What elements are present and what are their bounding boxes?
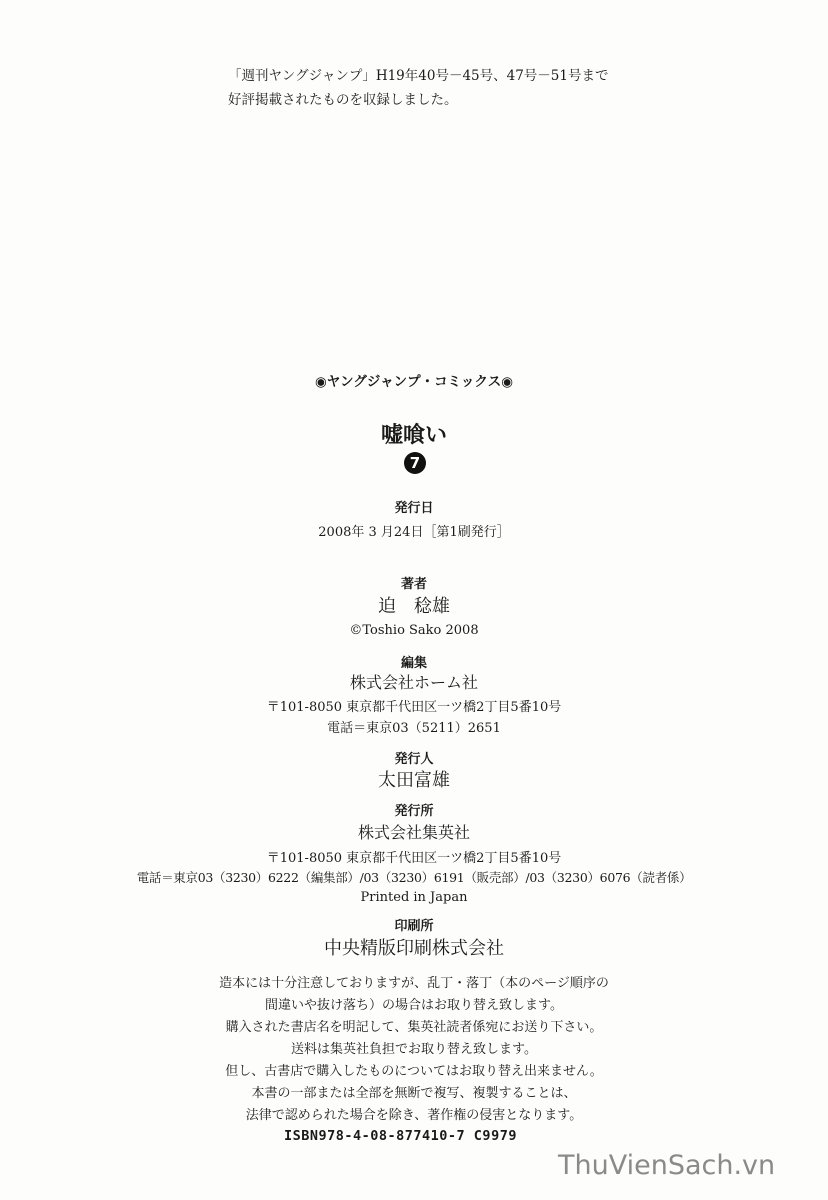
author-heading: 著者 xyxy=(0,573,828,592)
notice-line-3: 購入された書店名を明記して、集英社読者係宛にお送り下さい。 xyxy=(0,1016,828,1035)
publisher-person-name: 太田富雄 xyxy=(0,766,828,792)
notice-line-7: 法律で認められた場合を除き、著作権の侵害となります。 xyxy=(0,1104,828,1123)
author-name: 迫 稔雄 xyxy=(0,592,828,618)
volume-badge: 7 xyxy=(404,452,426,474)
printer-heading: 印刷所 xyxy=(0,915,828,934)
series-label: ◉ヤングジャンプ・コミックス◉ xyxy=(0,370,828,390)
publish-date-heading: 発行日 xyxy=(0,497,828,516)
publisher-company: 株式会社集英社 xyxy=(0,820,828,843)
notice-line-6: 本書の一部または全部を無断で複写、複製することは、 xyxy=(0,1082,828,1101)
printer-company: 中央精版印刷株式会社 xyxy=(0,934,828,960)
book-title: 嘘喰い xyxy=(0,418,828,449)
publisher-heading: 発行所 xyxy=(0,800,828,819)
isbn-code: ISBN978-4-08-877410-7 C9979 xyxy=(284,1128,517,1144)
author-copyright: ©Toshio Sako 2008 xyxy=(0,623,828,638)
editor-address: 〒101-8050 東京都千代田区一ツ橋2丁目5番10号 xyxy=(0,696,828,715)
editor-phone: 電話＝東京03（5211）2651 xyxy=(0,717,828,736)
notice-line-5: 但し、古書店で購入したものについてはお取り替え出来ません。 xyxy=(0,1060,828,1079)
watermark: ThuVienSach.vn xyxy=(558,1150,775,1181)
notice-line-4: 送料は集英社負担でお取り替え致します。 xyxy=(0,1038,828,1057)
editor-company: 株式会社ホーム社 xyxy=(0,670,828,693)
notice-line-2: 間違いや抜け落ち）の場合はお取り替え致します。 xyxy=(0,994,828,1013)
publisher-person-heading: 発行人 xyxy=(0,748,828,767)
publish-date-value: 2008年 3 月24日［第1刷発行］ xyxy=(0,521,828,540)
publisher-phone: 電話＝東京03（3230）6222（編集部）/03（3230）6191（販売部）… xyxy=(0,868,828,886)
notice-line-1: 造本には十分注意しておりますが、乱丁・落丁（本のページ順序の xyxy=(0,972,828,991)
compilation-note-line-1: 「週刊ヤングジャンプ」H19年40号－45号、47号－51号まで xyxy=(228,64,609,88)
compilation-note-line-2: 好評掲載されたものを収録しました。 xyxy=(228,88,458,112)
editor-heading: 編集 xyxy=(0,652,828,671)
publisher-address: 〒101-8050 東京都千代田区一ツ橋2丁目5番10号 xyxy=(0,847,828,866)
printed-in-japan: Printed in Japan xyxy=(0,890,828,905)
